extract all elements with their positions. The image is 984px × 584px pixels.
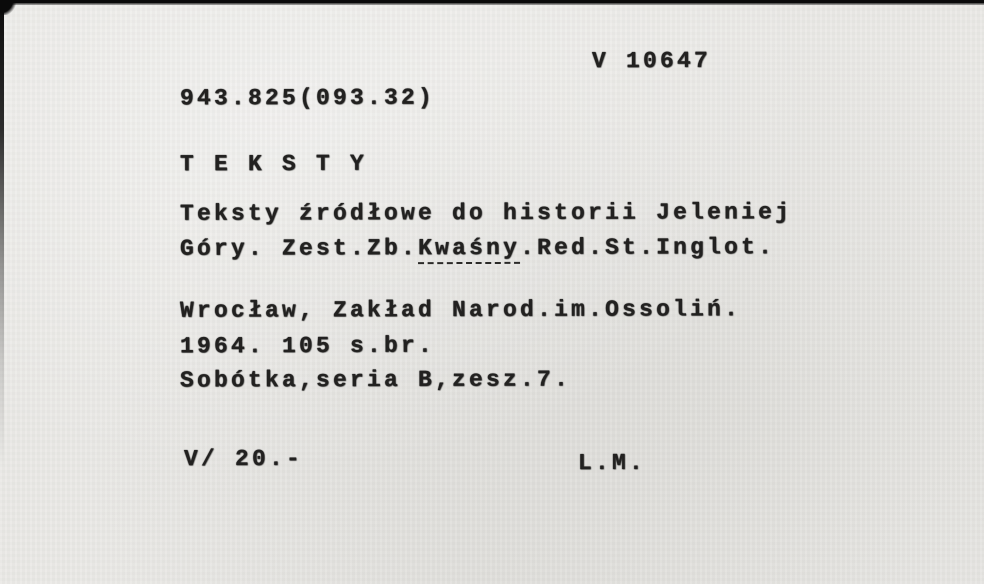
series-note: Sobótka,seria B,zesz.7. xyxy=(180,366,571,393)
price-note: V/ 20.- xyxy=(184,446,303,472)
heading: T E K S T Y xyxy=(180,151,367,177)
title-line-1: Teksty źródłowe do historii Jeleniej xyxy=(180,199,792,227)
scan-edge-left xyxy=(0,0,4,584)
title-line-2: Góry. Zest.Zb.Kwaśny.Red.St.Inglot. xyxy=(180,234,775,262)
title-line-2-prefix: Góry. Zest.Zb. xyxy=(180,235,418,262)
underlined-compiler-name: Kwaśny xyxy=(418,235,520,264)
imprint-line-2: 1964. 105 s.br. xyxy=(180,333,435,360)
scan-edge-top xyxy=(0,0,984,5)
classification-number: 943.825(093.32) xyxy=(180,85,435,112)
title-line-2-suffix: .Red.St.Inglot. xyxy=(520,234,775,261)
scan-corner-top-left xyxy=(0,0,18,15)
cataloger-initials: L.M. xyxy=(578,450,646,476)
catalog-card-scan: V 10647 943.825(093.32) T E K S T Y Teks… xyxy=(0,0,984,584)
imprint-line-1: Wrocław, Zakład Narod.im.Ossoliń. xyxy=(180,296,741,323)
accession-number: V 10647 xyxy=(592,48,711,74)
